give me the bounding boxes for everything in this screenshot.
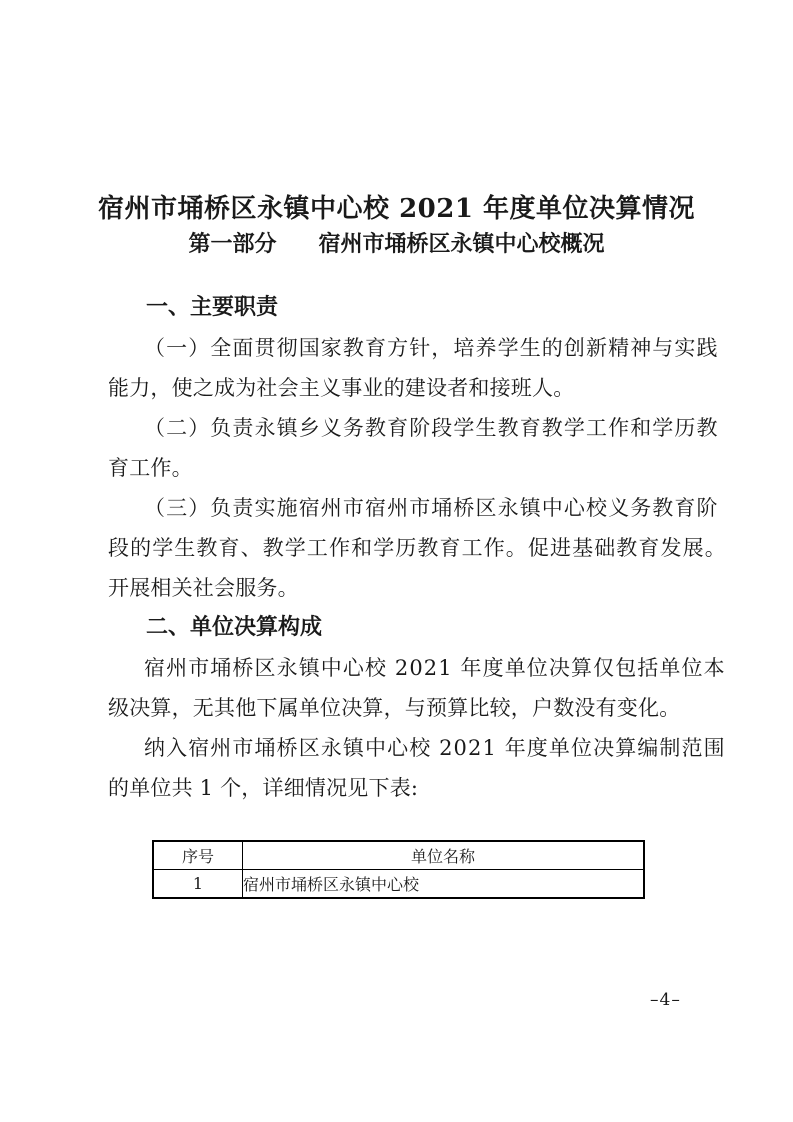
part-title: 宿州市埇桥区永镇中心校概况 bbox=[319, 232, 605, 257]
body-line: 育工作。 bbox=[108, 448, 688, 488]
unit-table-wrap: 序号 单位名称 1 宿州市埇桥区永镇中心校 bbox=[152, 840, 645, 899]
body-line: 级决算，无其他下属单位决算，与预算比较，户数没有变化。 bbox=[108, 688, 688, 728]
section-1-heading: 一、主要职责 bbox=[108, 288, 688, 328]
page-number: –4– bbox=[650, 990, 681, 1010]
body-line: 能力，使之成为社会主义事业的建设者和接班人。 bbox=[108, 368, 688, 408]
body-line: （一）全面贯彻国家教育方针，培养学生的创新精神与实践 bbox=[108, 328, 688, 368]
body-line: 开展相关社会服务。 bbox=[108, 568, 688, 608]
unit-table: 序号 单位名称 1 宿州市埇桥区永镇中心校 bbox=[152, 840, 645, 899]
body-line: 纳入宿州市埇桥区永镇中心校 2021 年度单位决算编制范围 bbox=[108, 728, 688, 768]
section-2-heading: 二、单位决算构成 bbox=[108, 608, 688, 648]
table-row: 1 宿州市埇桥区永镇中心校 bbox=[153, 870, 644, 899]
body-line: （二）负责永镇乡义务教育阶段学生教育教学工作和学历教 bbox=[108, 408, 688, 448]
body-line: （三）负责实施宿州市宿州市埇桥区永镇中心校义务教育阶 bbox=[108, 488, 688, 528]
document-body: 一、主要职责 （一）全面贯彻国家教育方针，培养学生的创新精神与实践 能力，使之成… bbox=[108, 288, 688, 808]
table-cell-seq: 1 bbox=[153, 870, 243, 899]
table-header-row: 序号 单位名称 bbox=[153, 841, 644, 870]
body-line: 段的学生教育、教学工作和学历教育工作。促进基础教育发展。 bbox=[108, 528, 688, 568]
table-header-name: 单位名称 bbox=[243, 841, 645, 870]
part-heading: 第一部分宿州市埇桥区永镇中心校概况 bbox=[0, 227, 793, 258]
body-line: 的单位共 1 个，详细情况见下表: bbox=[108, 768, 688, 808]
table-header-seq: 序号 bbox=[153, 841, 243, 870]
document-page: 宿州市埇桥区永镇中心校 2021 年度单位决算情况 第一部分宿州市埇桥区永镇中心… bbox=[0, 0, 793, 1122]
part-label: 第一部分 bbox=[188, 232, 276, 257]
document-title: 宿州市埇桥区永镇中心校 2021 年度单位决算情况 bbox=[0, 188, 793, 225]
body-line: 宿州市埇桥区永镇中心校 2021 年度单位决算仅包括单位本 bbox=[108, 648, 688, 688]
table-cell-name: 宿州市埇桥区永镇中心校 bbox=[243, 870, 645, 899]
